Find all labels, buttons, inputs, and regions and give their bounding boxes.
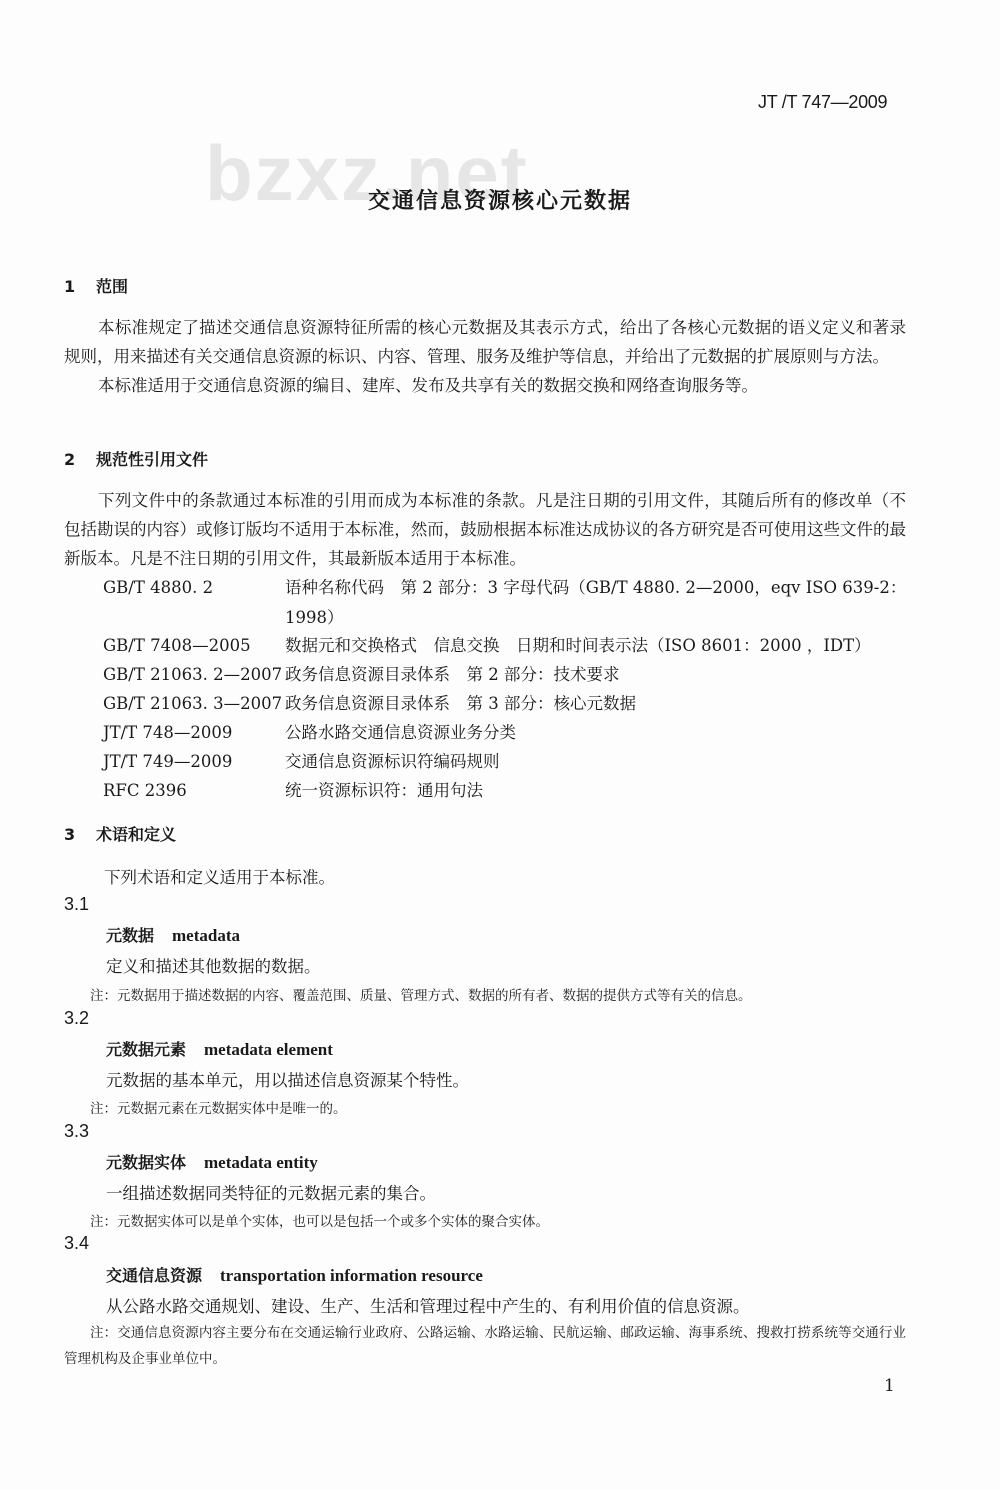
term-heading: 元数据实体metadata entity (106, 1150, 318, 1173)
term-number: 3.2 (64, 1008, 89, 1029)
reference-row: GB/T 4880. 2语种名称代码 第 2 部分：3 字母代码（GB/T 48… (103, 573, 906, 602)
paragraph: 本标准适用于交通信息资源的编目、建库、发布及共享有关的数据交换和网络查询服务等。 (64, 371, 906, 400)
reference-row: JT/T 749—2009交通信息资源标识符编码规则 (103, 747, 500, 776)
reference-code: GB/T 4880. 2 (103, 573, 285, 602)
paragraph: 下列文件中的条款通过本标准的引用而成为本标准的条款。凡是注日期的引用文件，其随后… (64, 486, 906, 573)
term-en: metadata entity (204, 1153, 318, 1172)
term-number: 3.1 (64, 894, 89, 915)
term-en: metadata element (204, 1040, 333, 1059)
section-body-references: 下列文件中的条款通过本标准的引用而成为本标准的条款。凡是注日期的引用文件，其随后… (64, 486, 906, 573)
reference-title: 统一资源标识符：通用句法 (285, 776, 483, 805)
reference-code: RFC 2396 (103, 776, 285, 805)
term-definition: 一组描述数据同类特征的元数据元素的集合。 (106, 1180, 436, 1204)
reference-row: GB/T 21063. 3—2007政务信息资源目录体系 第 3 部分：核心元数… (103, 689, 636, 718)
term-note: 注：交通信息资源内容主要分布在交通运输行业政府、公路运输、水路运输、民航运输、邮… (64, 1320, 906, 1372)
reference-row: GB/T 7408—2005数据元和交换格式 信息交换 日期和时间表示法（ISO… (103, 631, 871, 660)
section-number: 3 (64, 825, 96, 844)
page-number: 1 (884, 1376, 895, 1396)
term-en: metadata (172, 926, 240, 945)
reference-code: JT/T 748—2009 (103, 718, 285, 747)
term-en: transportation information resource (220, 1266, 483, 1285)
reference-title: 政务信息资源目录体系 第 2 部分：技术要求 (285, 660, 620, 689)
section-heading-normative-references: 2规范性引用文件 (64, 447, 208, 470)
term-definition: 定义和描述其他数据的数据。 (106, 953, 321, 977)
term-zh: 元数据元素 (106, 1040, 186, 1059)
section-heading-terms-definitions: 3术语和定义 (64, 822, 176, 845)
reference-title: 数据元和交换格式 信息交换 日期和时间表示法（ISO 8601：2000 ，ID… (285, 631, 871, 660)
term-note: 注：元数据元素在元数据实体中是唯一的。 (90, 1097, 347, 1117)
reference-title: 交通信息资源标识符编码规则 (285, 747, 500, 776)
term-number: 3.3 (64, 1121, 89, 1142)
section-number: 1 (64, 277, 96, 296)
reference-code: JT/T 749—2009 (103, 747, 285, 776)
reference-code: GB/T 21063. 2—2007 (103, 660, 285, 689)
term-note-block: 注：交通信息资源内容主要分布在交通运输行业政府、公路运输、水路运输、民航运输、邮… (64, 1320, 906, 1372)
section-number: 2 (64, 450, 96, 469)
reference-code: GB/T 7408—2005 (103, 631, 285, 660)
term-definition: 元数据的基本单元，用以描述信息资源某个特性。 (106, 1067, 469, 1091)
reference-title-continuation: 1998） (285, 604, 344, 628)
section-intro: 下列术语和定义适用于本标准。 (104, 864, 335, 888)
standard-code: JT /T 747—2009 (758, 92, 887, 113)
reference-title: 语种名称代码 第 2 部分：3 字母代码（GB/T 4880. 2—2000，e… (285, 573, 906, 602)
term-number: 3.4 (64, 1233, 89, 1254)
term-zh: 元数据实体 (106, 1153, 186, 1172)
section-title: 术语和定义 (96, 825, 176, 844)
document-title: 交通信息资源核心元数据 (0, 184, 1000, 215)
reference-title: 政务信息资源目录体系 第 3 部分：核心元数据 (285, 689, 636, 718)
term-zh: 交通信息资源 (106, 1266, 202, 1285)
section-title: 规范性引用文件 (96, 450, 208, 469)
section-title: 范围 (96, 277, 128, 296)
term-zh: 元数据 (106, 926, 154, 945)
section-body-scope: 本标准规定了描述交通信息资源特征所需的核心元数据及其表示方式，给出了各核心元数据… (64, 313, 906, 400)
section-heading-scope: 1范围 (64, 274, 128, 297)
term-heading: 元数据metadata (106, 923, 240, 946)
reference-row: RFC 2396统一资源标识符：通用句法 (103, 776, 483, 805)
term-note: 注：元数据用于描述数据的内容、覆盖范围、质量、管理方式、数据的所有者、数据的提供… (90, 984, 752, 1004)
term-note: 注：元数据实体可以是单个实体，也可以是包括一个或多个实体的聚合实体。 (90, 1210, 549, 1230)
reference-row: GB/T 21063. 2—2007政务信息资源目录体系 第 2 部分：技术要求 (103, 660, 620, 689)
reference-title: 公路水路交通信息资源业务分类 (285, 718, 516, 747)
term-definition: 从公路水路交通规划、建设、生产、生活和管理过程中产生的、有利用价值的信息资源。 (106, 1293, 750, 1317)
reference-row: JT/T 748—2009公路水路交通信息资源业务分类 (103, 718, 516, 747)
document-page: JT /T 747—2009 bzxz.net 交通信息资源核心元数据 1范围 … (0, 0, 1000, 1490)
term-heading: 交通信息资源transportation information resourc… (106, 1263, 483, 1286)
term-heading: 元数据元素metadata element (106, 1037, 333, 1060)
paragraph: 本标准规定了描述交通信息资源特征所需的核心元数据及其表示方式，给出了各核心元数据… (64, 313, 906, 371)
reference-code: GB/T 21063. 3—2007 (103, 689, 285, 718)
